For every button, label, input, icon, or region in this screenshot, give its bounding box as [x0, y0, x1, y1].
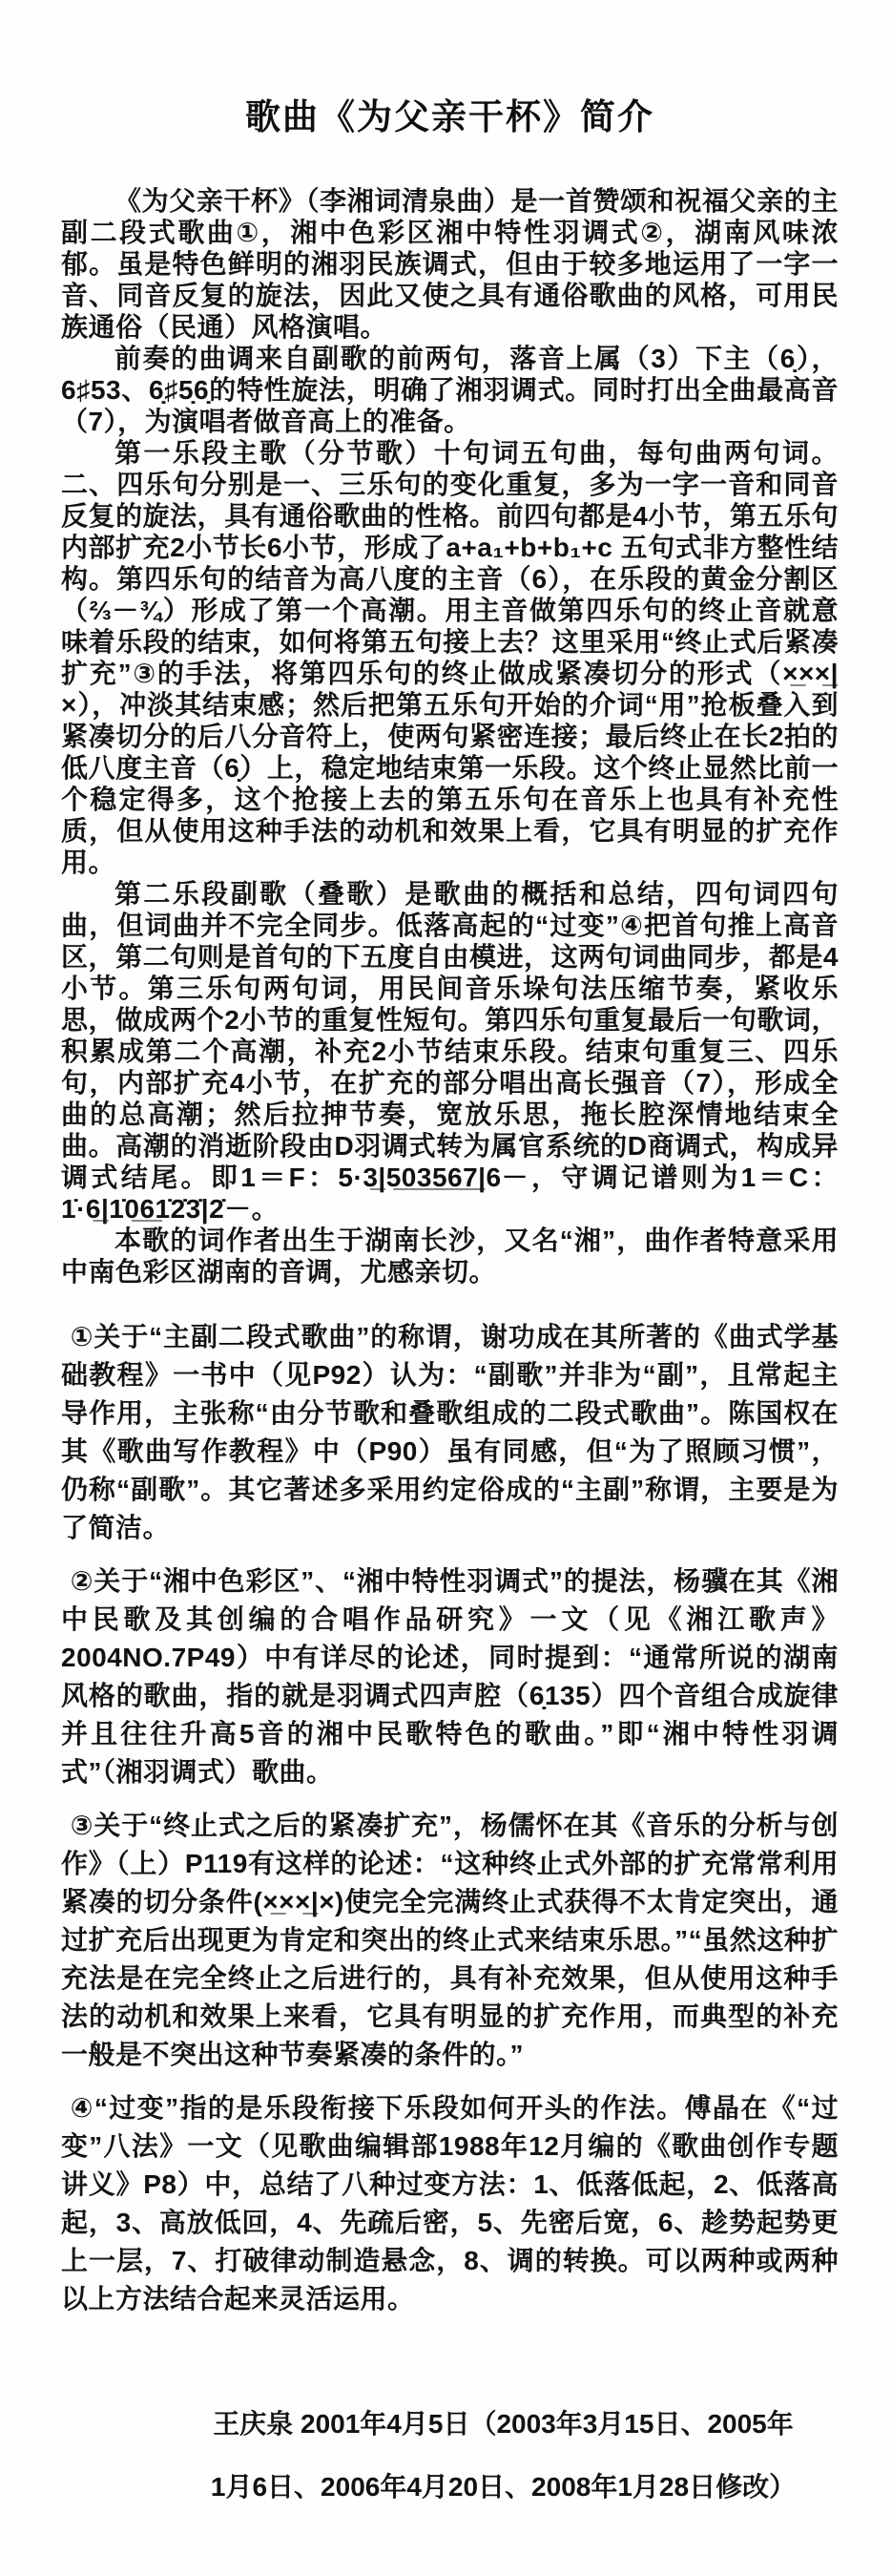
signature-line-2: 1月6日、2006年4月20日、2008年1月28日修改） — [168, 2456, 839, 2519]
body-paragraph-section-two: 第二乐段副歌（叠歌）是歌曲的概括和总结，四句词四句曲，但词曲并不完全同步。低落高… — [61, 878, 839, 1225]
footnote-4: ④“过变”指的是乐段衔接下乐段如何开头的作法。傅晶在《“过变”八法》一文（见歌曲… — [61, 2089, 839, 2318]
signature-block: 王庆泉 2001年4月5日（2003年3月15日、2005年 1月6日、2006… — [61, 2393, 839, 2519]
body-paragraph-authors: 本歌的词作者出生于湖南长沙，又名“湘”，曲作者特意采用中南色彩区湖南的音调，尤感… — [61, 1225, 839, 1288]
signature-line-1: 王庆泉 2001年4月5日（2003年3月15日、2005年 — [168, 2393, 839, 2456]
footnote-3: ③关于“终止式之后的紧凑扩充”，杨儒怀在其《音乐的分析与创作》（上）P119有这… — [61, 1807, 839, 2074]
body-paragraph-intro: 《为父亲干杯》（李湘词清泉曲）是一首赞颂和祝福父亲的主副二段式歌曲①，湘中色彩区… — [61, 185, 839, 343]
footnote-1: ①关于“主副二段式歌曲”的称谓，谢功成在其所著的《曲式学基础教程》一书中（见P9… — [61, 1318, 839, 1547]
body-section: 《为父亲干杯》（李湘词清泉曲）是一首赞颂和祝福父亲的主副二段式歌曲①，湘中色彩区… — [61, 185, 839, 1288]
body-paragraph-section-one: 第一乐段主歌（分节歌）十句词五句曲，每句曲两句词。二、四乐句分别是一、三乐句的变… — [61, 437, 839, 878]
footnote-2: ②关于“湘中色彩区”、“湘中特性羽调式”的提法，杨骥在其《湘中民歌及其创编的合唱… — [61, 1562, 839, 1791]
footnotes-section: ①关于“主副二段式歌曲”的称谓，谢功成在其所著的《曲式学基础教程》一书中（见P9… — [61, 1318, 839, 2318]
document-title: 歌曲《为父亲干杯》简介 — [61, 88, 839, 139]
document-page: 歌曲《为父亲干杯》简介 《为父亲干杯》（李湘词清泉曲）是一首赞颂和祝福父亲的主副… — [0, 0, 892, 2576]
body-paragraph-prelude: 前奏的曲调来自副歌的前两句，落音上属（3）下主（6̣），6♯53、6̣♯5̣6̣… — [61, 343, 839, 437]
